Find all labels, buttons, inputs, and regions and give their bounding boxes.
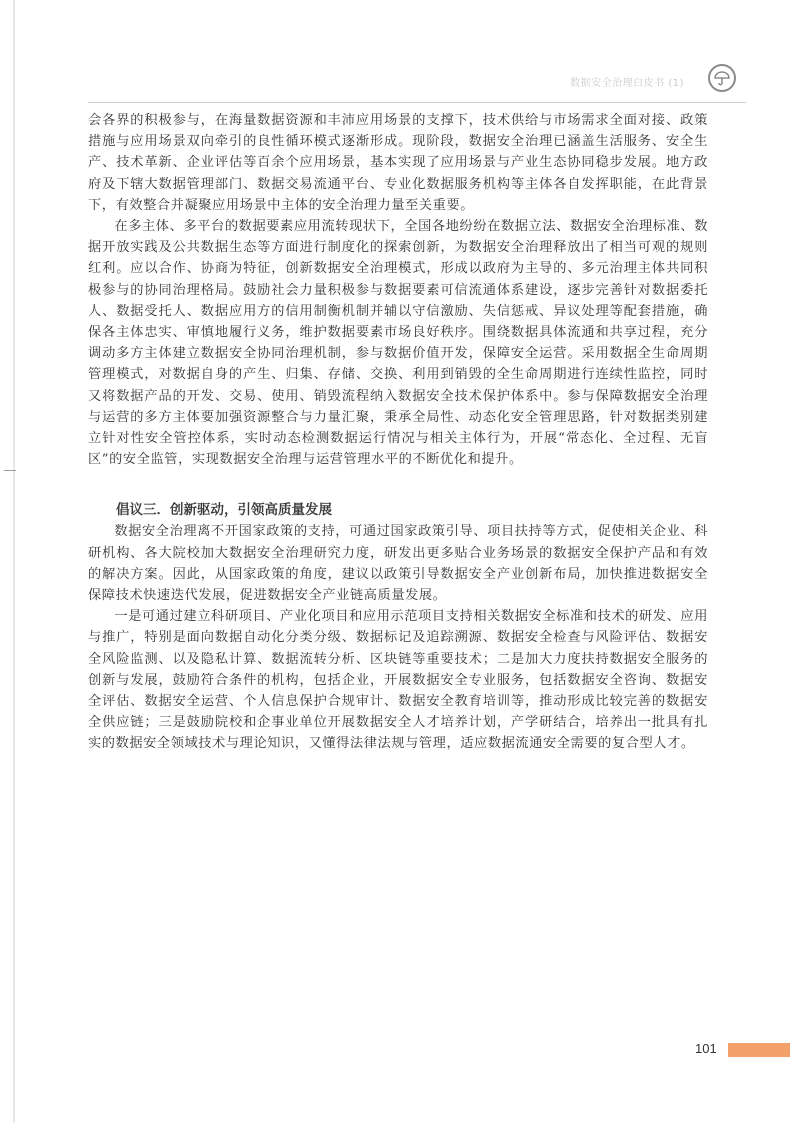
- page-number: 101: [695, 1041, 717, 1056]
- page-accent-bar: [728, 1043, 790, 1057]
- running-header-title: 数据安全治理白皮书 (1): [570, 74, 684, 89]
- section-paragraph-1: 数据安全治理离不开国家政策的支持，可通过国家政策引导、项目扶持等方式，促使相关企…: [88, 521, 708, 606]
- section-heading: 倡议三．创新驱动，引领高质量发展: [88, 499, 708, 521]
- body-paragraph-2: 在多主体、多平台的数据要素应用流转现状下，全国各地纷纷在数据立法、数据安全治理标…: [88, 216, 708, 470]
- section-paragraph-2: 一是可通过建立科研项目、产业化项目和应用示范项目支持相关数据安全标准和技术的研发…: [88, 606, 708, 754]
- page-binding-edge: [13, 0, 15, 1123]
- body-paragraph-1: 会各界的积极参与，在海量数据资源和丰沛应用场景的支撑下，技术供给与市场需求全面对…: [88, 110, 708, 216]
- umbrella-emblem-icon: [708, 64, 736, 92]
- running-header: 数据安全治理白皮书 (1): [88, 62, 746, 106]
- page-body: 会各界的积极参与，在海量数据资源和丰沛应用场景的支撑下，技术供给与市场需求全面对…: [88, 110, 708, 755]
- header-rule: [88, 102, 746, 103]
- margin-tick-mark: [4, 470, 16, 471]
- umbrella-icon: [713, 69, 731, 87]
